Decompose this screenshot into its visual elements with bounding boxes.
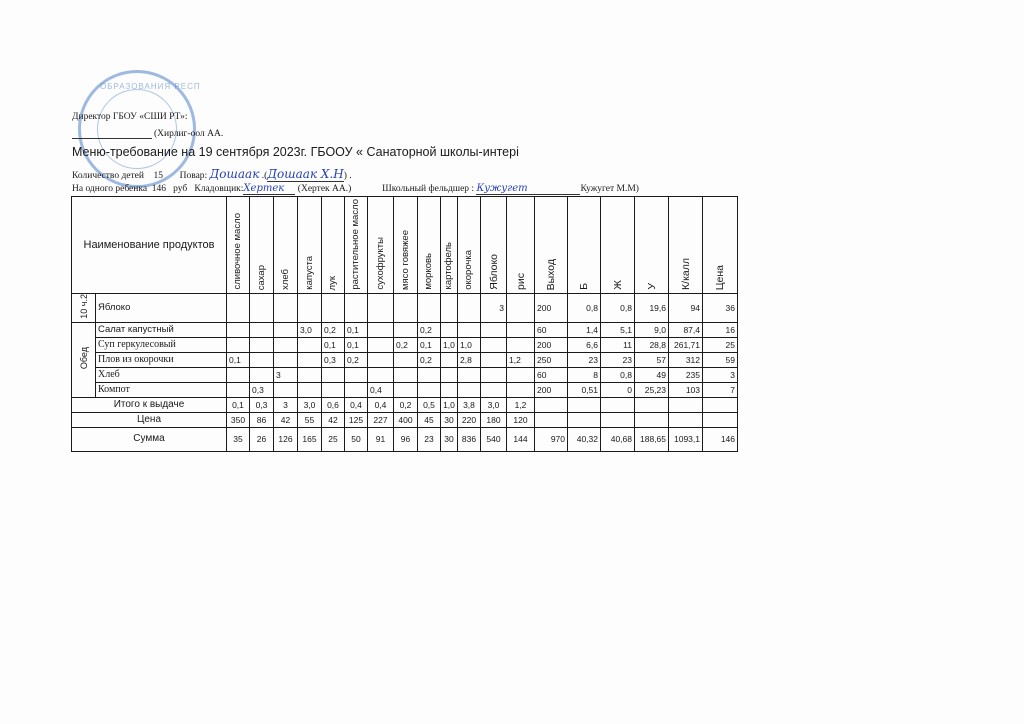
cell-value: 0,2 [418, 322, 441, 337]
children-count: 15 [153, 171, 163, 181]
menu-table: Наименование продуктовсливочное маслосах… [71, 196, 738, 452]
cell-value [535, 397, 568, 412]
cell-value: 5,1 [601, 322, 635, 337]
cell-value [507, 294, 535, 323]
cell-value [418, 294, 441, 323]
cell-value: 0,1 [418, 337, 441, 352]
cell-value [274, 337, 298, 352]
cell-value: 36 [703, 294, 738, 323]
cell-value: 220 [458, 412, 481, 427]
cell-value: 25,23 [635, 382, 669, 397]
cell-value [368, 294, 394, 323]
cell-value [394, 367, 418, 382]
column-header: У [635, 197, 669, 294]
column-header: капуста [298, 197, 322, 294]
cell-value: 6,6 [568, 337, 601, 352]
column-header-label: лук [328, 276, 338, 290]
medic-signature: Кужугет [476, 183, 580, 195]
cell-value [481, 322, 507, 337]
cell-value [481, 352, 507, 367]
cell-value: 3 [703, 367, 738, 382]
cell-value [322, 367, 345, 382]
cell-value: 0,8 [568, 294, 601, 323]
cook-signature: Дошаак [210, 167, 260, 181]
cell-value [368, 352, 394, 367]
totals-row: Цена350864255421252274004530220180120 [72, 412, 738, 427]
dish-name: Хлеб [96, 367, 227, 382]
cell-value [507, 322, 535, 337]
cell-value: 25 [322, 427, 345, 451]
cell-value: 250 [535, 352, 568, 367]
cell-value: 50 [345, 427, 368, 451]
cell-value [568, 397, 601, 412]
cell-value [458, 382, 481, 397]
cell-value: 970 [535, 427, 568, 451]
cell-value [601, 412, 635, 427]
cell-value: 57 [635, 352, 669, 367]
per-child-value: 146 [152, 184, 166, 194]
cell-value: 23 [601, 352, 635, 367]
column-header-label: Цена [715, 265, 725, 290]
cell-value: 19,6 [635, 294, 669, 323]
cell-value: 103 [669, 382, 703, 397]
cell-value: 188,65 [635, 427, 669, 451]
column-header-label: сливочное масло [233, 213, 243, 290]
cell-value: 126 [274, 427, 298, 451]
children-count-line: Количество детей 15 Повар: Дошаак .(Доша… [72, 167, 352, 182]
cell-value: 0,4 [345, 397, 368, 412]
cell-value: 40,32 [568, 427, 601, 451]
cell-value: 540 [481, 427, 507, 451]
director-label: Директор ГБОУ «СШИ РТ»: [72, 112, 187, 122]
storekeeper-name: (Хертек АА.) [298, 184, 351, 194]
cell-value [669, 397, 703, 412]
column-header: сливочное масло [227, 197, 250, 294]
cell-value [441, 322, 458, 337]
cell-value: 25 [703, 337, 738, 352]
medic-label: Школьный фельдшер : [382, 184, 474, 194]
cell-value: 180 [481, 412, 507, 427]
column-header: Ж [601, 197, 635, 294]
column-header-label: Выход [546, 259, 556, 290]
cell-value: 28,8 [635, 337, 669, 352]
cell-value: 42 [322, 412, 345, 427]
cell-value: 836 [458, 427, 481, 451]
cook-name: Дошаак Х.Н [267, 167, 343, 182]
column-header: Яблоко [481, 197, 507, 294]
cell-value: 0,3 [250, 397, 274, 412]
director-signature-line: (Хирлиг-оол АА. [72, 129, 223, 139]
cell-value: 0,1 [345, 322, 368, 337]
column-header: сухофрукты [368, 197, 394, 294]
cell-value [481, 367, 507, 382]
cell-value: 227 [368, 412, 394, 427]
cell-value: 0,8 [601, 294, 635, 323]
cell-value: 1,0 [441, 397, 458, 412]
cell-value: 1,0 [458, 337, 481, 352]
cell-value [274, 352, 298, 367]
per-child-label: На одного ребенка [72, 184, 147, 194]
cell-value [568, 412, 601, 427]
cell-value: 8 [568, 367, 601, 382]
dish-name: Салат капустный [96, 322, 227, 337]
cell-value [227, 337, 250, 352]
table-row: ОбедСалат капустный3,00,20,10,2601,45,19… [72, 322, 738, 337]
cell-value: 3 [481, 294, 507, 323]
cell-value: 125 [345, 412, 368, 427]
cell-value: 0 [601, 382, 635, 397]
cell-value [250, 294, 274, 323]
cell-value [481, 337, 507, 352]
cell-value [274, 382, 298, 397]
column-header-label: морковь [424, 253, 434, 290]
cell-value [441, 367, 458, 382]
column-header-label: окорочка [464, 250, 474, 290]
column-header-label: Яблоко [489, 254, 499, 290]
cell-value: 1093,1 [669, 427, 703, 451]
cell-value: 3,8 [458, 397, 481, 412]
cell-value: 0,2 [345, 352, 368, 367]
column-header-label: Ж [613, 280, 623, 290]
cell-value [274, 322, 298, 337]
cell-value: 94 [669, 294, 703, 323]
cell-value: 144 [507, 427, 535, 451]
column-header: окорочка [458, 197, 481, 294]
column-header-label: рис [516, 273, 526, 290]
stamp-text: ОБРАЗОВАНИЯ РЕСП [100, 82, 201, 91]
storekeeper-signature: Хертек [243, 183, 295, 195]
cell-value: 0,3 [322, 352, 345, 367]
meal-group-label: 10 ч.2 [72, 294, 96, 323]
medic-name: Кужугет М.М) [580, 184, 639, 194]
cell-value: 7 [703, 382, 738, 397]
table-row: Хлеб36080,8492353 [72, 367, 738, 382]
cell-value [250, 367, 274, 382]
cell-value: 0,2 [394, 397, 418, 412]
column-header-label: картофель [444, 242, 454, 290]
table-row: Суп геркулесовый0,10,10,20,11,01,02006,6… [72, 337, 738, 352]
cell-value: 1,2 [507, 397, 535, 412]
cell-value [322, 294, 345, 323]
column-header: картофель [441, 197, 458, 294]
meal-group-text: 10 ч.2 [79, 294, 89, 319]
dish-name: Плов из окорочки [96, 352, 227, 367]
table-row: 10 ч.2Яблоко32000,80,819,69436 [72, 294, 738, 323]
cell-value: 261,71 [669, 337, 703, 352]
cell-value [394, 352, 418, 367]
cell-value: 400 [394, 412, 418, 427]
column-header: рис [507, 197, 535, 294]
cell-value: 26 [250, 427, 274, 451]
cell-value [441, 382, 458, 397]
cell-value [394, 294, 418, 323]
column-header: хлеб [274, 197, 298, 294]
cell-value: 200 [535, 337, 568, 352]
cell-value [298, 337, 322, 352]
cell-value: 0,6 [322, 397, 345, 412]
cell-value [345, 382, 368, 397]
cell-value [227, 382, 250, 397]
cell-value [368, 322, 394, 337]
cell-value [703, 412, 738, 427]
column-header: сахар [250, 197, 274, 294]
cell-value [250, 322, 274, 337]
cell-value [227, 294, 250, 323]
cell-value: 11 [601, 337, 635, 352]
cell-value [345, 294, 368, 323]
signature-blank [72, 138, 152, 139]
cell-value [298, 352, 322, 367]
column-header-label: сахар [257, 265, 267, 290]
cell-value: 23 [418, 427, 441, 451]
cell-value [507, 337, 535, 352]
column-header-label: К/калл [681, 258, 691, 290]
cell-value [418, 382, 441, 397]
meal-group-label: Обед [72, 322, 96, 397]
cell-value: 55 [298, 412, 322, 427]
cell-value [458, 322, 481, 337]
cell-value [368, 367, 394, 382]
cell-value [441, 352, 458, 367]
table-row: Плов из окорочки0,10,30,20,22,81,2250232… [72, 352, 738, 367]
cell-value: 200 [535, 382, 568, 397]
cook-label: Повар: [180, 171, 208, 181]
cell-value [507, 382, 535, 397]
column-header: растительное масло [345, 197, 368, 294]
cell-value: 60 [535, 322, 568, 337]
cell-value: 0,4 [368, 397, 394, 412]
cell-value [274, 294, 298, 323]
cell-value: 16 [703, 322, 738, 337]
column-header-label: Б [579, 283, 589, 290]
cell-value: 0,5 [418, 397, 441, 412]
cell-value: 120 [507, 412, 535, 427]
column-header: мясо говяжее [394, 197, 418, 294]
cell-value: 3,0 [481, 397, 507, 412]
meal-group-text: Обед [79, 347, 89, 369]
cell-value: 2,8 [458, 352, 481, 367]
cell-value: 0,1 [322, 337, 345, 352]
totals-label: Итого к выдаче [72, 397, 227, 412]
column-header: К/калл [669, 197, 703, 294]
cell-value [535, 412, 568, 427]
cell-value [394, 322, 418, 337]
cell-value: 23 [568, 352, 601, 367]
cell-value: 350 [227, 412, 250, 427]
cell-value: 1,4 [568, 322, 601, 337]
cell-value [418, 367, 441, 382]
cell-value: 0,2 [418, 352, 441, 367]
currency: руб [173, 184, 187, 194]
cell-value: 87,4 [669, 322, 703, 337]
column-header: морковь [418, 197, 441, 294]
cell-value: 49 [635, 367, 669, 382]
cell-value: 30 [441, 412, 458, 427]
cell-value: 60 [535, 367, 568, 382]
cell-value: 3,0 [298, 397, 322, 412]
cell-value: 0,1 [227, 352, 250, 367]
storekeeper-label: Кладовщик: [194, 184, 243, 194]
cell-value: 30 [441, 427, 458, 451]
column-header-label: растительное масло [351, 199, 361, 290]
cell-value: 165 [298, 427, 322, 451]
column-header-label: хлеб [281, 269, 291, 290]
cell-value [394, 382, 418, 397]
dish-name: Компот [96, 382, 227, 397]
cell-value [458, 367, 481, 382]
cell-value [250, 337, 274, 352]
cell-value: 42 [274, 412, 298, 427]
column-header: Выход [535, 197, 568, 294]
cell-value: 45 [418, 412, 441, 427]
cell-value: 0,1 [345, 337, 368, 352]
cell-value: 200 [535, 294, 568, 323]
cell-value: 59 [703, 352, 738, 367]
cell-value [481, 382, 507, 397]
cell-value [669, 412, 703, 427]
cell-value: 312 [669, 352, 703, 367]
cell-value [227, 322, 250, 337]
cell-value: 3 [274, 397, 298, 412]
per-child-line: На одного ребенка 146 руб Кладовщик:Херт… [72, 183, 639, 195]
cell-value [298, 294, 322, 323]
document-title: Меню-требование на 19 сентября 2023г. ГБ… [72, 145, 519, 159]
table-header-row: Наименование продуктовсливочное маслосах… [72, 197, 738, 294]
cell-value: 96 [394, 427, 418, 451]
column-header: Б [568, 197, 601, 294]
cell-value: 1,2 [507, 352, 535, 367]
cell-value: 3 [274, 367, 298, 382]
cell-value: 0,3 [250, 382, 274, 397]
column-header-product-name: Наименование продуктов [72, 197, 227, 294]
cell-value: 0,4 [368, 382, 394, 397]
cell-value [345, 367, 368, 382]
column-header: Цена [703, 197, 738, 294]
column-header-label: капуста [305, 256, 315, 290]
cell-value [601, 397, 635, 412]
totals-row: Сумма35261261652550919623308365401449704… [72, 427, 738, 451]
cell-value: 9,0 [635, 322, 669, 337]
totals-row: Итого к выдаче0,10,333,00,60,40,40,20,51… [72, 397, 738, 412]
cell-value: 0,2 [394, 337, 418, 352]
cell-value: 3,0 [298, 322, 322, 337]
cell-value: 235 [669, 367, 703, 382]
column-header-label: сухофрукты [376, 237, 386, 290]
cell-value: 146 [703, 427, 738, 451]
cell-value: 91 [368, 427, 394, 451]
cell-value: 0,2 [322, 322, 345, 337]
cell-value [298, 382, 322, 397]
cell-value: 0,8 [601, 367, 635, 382]
totals-label: Сумма [72, 427, 227, 451]
cell-value: 0,51 [568, 382, 601, 397]
cell-value: 86 [250, 412, 274, 427]
cell-value: 1,0 [441, 337, 458, 352]
totals-label: Цена [72, 412, 227, 427]
cell-value [635, 412, 669, 427]
director-name: (Хирлиг-оол АА. [154, 129, 223, 139]
cell-value [298, 367, 322, 382]
table-row: Компот0,30,42000,51025,231037 [72, 382, 738, 397]
children-label: Количество детей [72, 171, 144, 181]
cell-value [635, 397, 669, 412]
column-header-label: У [647, 283, 657, 290]
cell-value [250, 352, 274, 367]
cell-value [441, 294, 458, 323]
cell-value: 0,1 [227, 397, 250, 412]
cell-value [368, 337, 394, 352]
cell-value [458, 294, 481, 323]
cell-value [322, 382, 345, 397]
cell-value: 35 [227, 427, 250, 451]
dish-name: Суп геркулесовый [96, 337, 227, 352]
cell-value: 40,68 [601, 427, 635, 451]
column-header: лук [322, 197, 345, 294]
cell-value [227, 367, 250, 382]
column-header-label: мясо говяжее [401, 230, 411, 290]
cell-value [703, 397, 738, 412]
cell-value [507, 367, 535, 382]
dish-name: Яблоко [96, 294, 227, 323]
